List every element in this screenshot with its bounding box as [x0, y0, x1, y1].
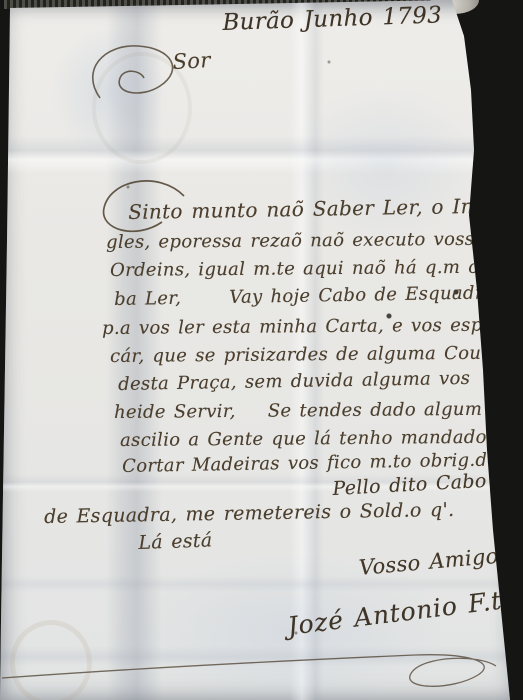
letter-line: heide Servir, Se tendes dado algum — [114, 399, 482, 423]
signature-flourish — [0, 628, 512, 700]
blue-tint-patch — [50, 22, 170, 162]
letter-line: ba Ler, Vay hoje Cabo de Esquadra — [114, 282, 495, 310]
signature: Jozé Antonio F.ta — [286, 584, 519, 641]
letter-line: Pello dito Cabo — [332, 470, 487, 500]
letter-paper: Burão Junho 1793 Sor Sinto munto naõ Sab… — [0, 0, 523, 700]
letter-line: desta Praça, sem duvida alguma vos — [118, 368, 470, 395]
letter-line: p.a vos ler esta minha Carta, e vos espl… — [102, 315, 495, 339]
closing-line: Vosso Amigo — [358, 544, 499, 580]
stain-ring — [10, 620, 92, 700]
photo-background: Burão Junho 1793 Sor Sinto munto naõ Sab… — [0, 0, 523, 700]
letter-line: ascilio a Gente que lá tenho mandado — [120, 427, 487, 451]
letter-line: gles, eporessa rezaõ naõ executo vossas — [106, 229, 495, 253]
horizontal-crease-lower — [0, 576, 523, 592]
letter-line: Lá está — [138, 529, 213, 554]
horizontal-crease-bottom — [0, 646, 523, 666]
date-line: Burão Junho 1793 — [222, 2, 443, 36]
letter-line: cár, que se prisizardes de alguma Cou — [110, 343, 481, 367]
letter-line: Ordeins, igual m.te aqui naõ há q.m o sa… — [110, 256, 514, 281]
salutation: Sor — [172, 48, 211, 74]
horizontal-crease-top — [0, 136, 523, 174]
letter-line: de Esquadra, me remetereis o Sold.o q'. — [44, 499, 455, 528]
letter-line: Sinto munto naõ Saber Ler, o In — [128, 194, 474, 224]
